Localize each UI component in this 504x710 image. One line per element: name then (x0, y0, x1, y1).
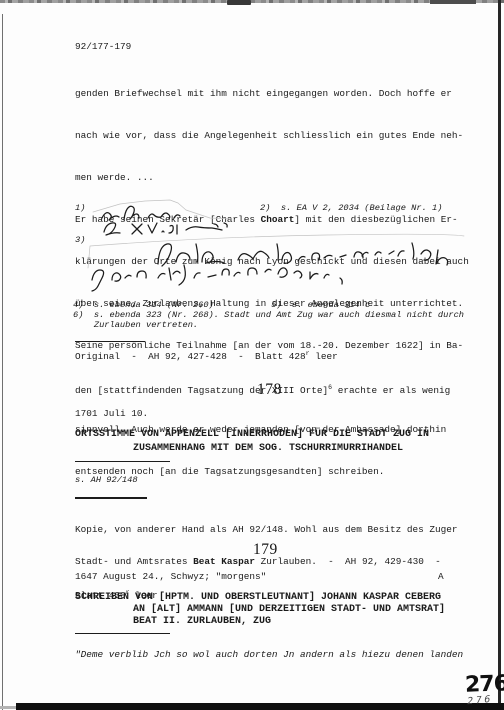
entry-178-title-line2: ZUSAMMENHANG MIT DEM SOG. TSCHURRIMURRIH… (133, 443, 403, 454)
source-text: Original - AH 92, 427-428 - Blatt 428 (75, 351, 306, 362)
entry-179-title-line2: AN [ALT] AMMANN [UND DERZEITIGEN STADT- … (133, 604, 445, 615)
scan-edge-bottom (16, 703, 504, 710)
scan-edge-bottom-left (0, 706, 16, 709)
note-text: Stadt- und Amtsrates (75, 556, 193, 567)
note-line: Kopie, von anderer Hand als AH 92/148. W… (75, 525, 458, 536)
separator-rule (75, 461, 170, 462)
scan-edge-left (2, 14, 3, 710)
entry-178-reference: s. AH 92/148 (75, 475, 138, 485)
separator-rule (75, 341, 145, 342)
entry-179-quote: "Deme verblib Jch so wol auch dorten Jn … (75, 649, 463, 660)
footnote-6-line1: 6) s. ebenda 323 (Nr. 268). Stadt und Am… (73, 310, 464, 320)
person-name-bold: Choart (261, 214, 295, 225)
entry-178-title-line1: ORTSSTIMME VON APPENZELL [INNERRHODEN] F… (75, 429, 429, 440)
entry-179-date: 1647 August 24., Schwyz; "morgens" (75, 571, 266, 582)
scan-edge-right (498, 0, 501, 710)
entry-179-title-line3: BEAT II. ZURLAUBEN, ZUG (133, 616, 271, 627)
summary-line: nach wie vor, dass die Angelegenheit sch… (75, 129, 469, 143)
separator-rule (75, 633, 170, 634)
scan-edge-top (0, 0, 504, 3)
entry-178-date: 1701 Juli 10. (75, 408, 148, 419)
handwriting-annotation-footnote-3 (86, 228, 468, 292)
page-archive-reference: 92/177-179 (75, 41, 131, 52)
separator-rule (75, 497, 147, 499)
entry-178-number: 178 (257, 381, 282, 399)
entry-179-title-line1: SCHREIBEN VON [HPTM. UND OBERSTLEUTNANT]… (75, 592, 441, 603)
scan-artifact-blob (227, 0, 251, 5)
summary-line: men werde. ... (75, 171, 469, 185)
footnote-2: 2) s. EA V 2, 2034 (Beilage Nr. 1) (260, 203, 442, 213)
scan-artifact-blob (430, 0, 476, 4)
summary-text: erachte er als wenig (332, 385, 450, 396)
footnote-4-5: 4) s. ebenda 314 (Nr. 260) 5) s. ebenda … (73, 300, 370, 310)
summary-text: den [stattfindenden Tagsatzung der XIII … (75, 385, 328, 396)
summary-text: ] mit den diesbezüglichen Er- (294, 214, 457, 225)
footnote-1-label: 1) (75, 203, 85, 213)
entry-177-source-line: Original - AH 92, 427-428 - Blatt 428r l… (75, 350, 338, 362)
entry-179-number: 179 (253, 541, 278, 559)
entry-179-series-marker: A (438, 571, 444, 582)
person-name-bold: Beat Kaspar (193, 556, 255, 567)
footnote-6-line2: Zurlauben vertreten. (73, 320, 198, 330)
source-text: leer (310, 351, 338, 362)
summary-line: genden Briefwechsel mit ihm nicht eingeg… (75, 87, 469, 101)
note-text: Zurlauben. - AH 92, 429-430 - (255, 556, 441, 567)
footnote-3-label: 3) (75, 235, 85, 245)
scanned-archive-page: 92/177-179 genden Briefwechsel mit ihm n… (0, 0, 504, 710)
